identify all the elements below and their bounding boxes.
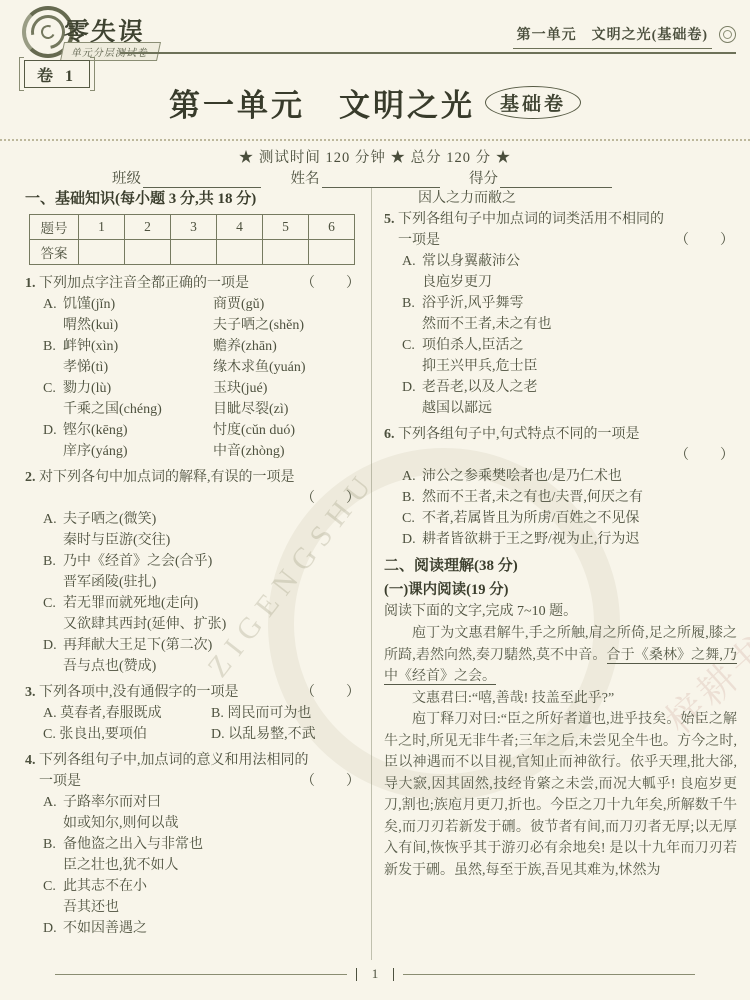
left-column: 一、基础知识(每小题 3 分,共 18 分) 题号 1 2 3 4 5 6 答案: [25, 188, 371, 960]
answer-bracket-line: （ ）: [39, 488, 363, 509]
header-unit-label: 第一单元 文明之光(基础卷): [513, 24, 712, 49]
option-line: 吾与点也(赞成): [39, 656, 363, 677]
option-line: C. 张良出,要项伯D. 以乱易整,不武: [39, 724, 363, 745]
option-line: B.乃中《经首》之会(合乎): [39, 551, 363, 572]
question-number: 6.: [384, 424, 398, 445]
option-text: 玉玦(jué): [213, 378, 363, 399]
question-number: 3.: [25, 682, 39, 703]
answer-table-number-row: 题号 1 2 3 4 5 6: [30, 215, 355, 240]
footer-rule-right: [403, 974, 695, 975]
option-text: 不如因善遇之: [63, 918, 147, 939]
reading-instruction: 阅读下面的文字,完成 7~10 题。: [384, 601, 737, 623]
option-text: 子路率尔而对曰: [63, 792, 161, 813]
option-label: D.: [43, 420, 63, 441]
option-text: 若无罪而就死地(走向): [63, 593, 198, 614]
option-line: C.勠力(lù)玉玦(jué): [39, 378, 363, 399]
class-field-label: 班级: [112, 167, 141, 188]
passage-paragraph: 文惠君曰:“嘻,善哉! 技盖至此乎?”: [384, 688, 737, 710]
answer-cell: [125, 240, 171, 265]
option-label: A.: [402, 251, 422, 272]
option-label: C.: [402, 508, 422, 529]
option-line: 又欲肆其西封(延伸、扩张): [39, 614, 363, 635]
option-text: 再拜献大王足下(第二次): [63, 635, 212, 656]
answer-table-header: 答案: [30, 240, 79, 265]
footer-bar-left: [356, 968, 357, 981]
option-label: B.: [402, 487, 422, 508]
answer-table-number: 5: [263, 215, 309, 240]
question-stem-text: 下列各组句子中,句式特点不同的一项是: [398, 424, 737, 445]
name-field-label: 姓名: [291, 167, 320, 188]
page-number: 1: [366, 966, 385, 982]
question-number: 2.: [25, 467, 39, 488]
option-text: 夫子哂之(shěn): [213, 315, 363, 336]
option-text: 乃中《经首》之会(合乎): [63, 551, 212, 572]
score-field-blank: [500, 172, 612, 188]
option-line: 抑王兴甲兵,危士臣: [398, 356, 737, 377]
exam-paper-page: ZIGENGSHU 梓耕书坊 零失误 单元分层测试卷 第一单元 文明之光(基础卷…: [0, 0, 750, 1000]
option-text: 吾与点也(赞成): [63, 656, 156, 677]
option-label: C.: [43, 378, 63, 399]
option-label: A.: [43, 509, 63, 530]
option-text: 此其志不在小: [63, 876, 147, 897]
answer-table-answer-row: 答案: [30, 240, 355, 265]
option-label: C.: [402, 335, 422, 356]
header-rule: [120, 52, 736, 54]
option-label: A.: [43, 294, 63, 315]
option-text: 庠序(yáng): [63, 441, 213, 462]
option-line: B.衅钟(xìn)赡养(zhān): [39, 336, 363, 357]
option-line: 吾其还也: [39, 897, 363, 918]
option-line: D.耕者皆欲耕于王之野/视为止,行为迟: [398, 529, 737, 550]
class-field-blank: [143, 172, 261, 188]
question-stem-text: 对下列各句中加点词的解释,有误的一项是: [39, 467, 363, 488]
option-line: D.铿尔(kēng)忖度(cǔn duó): [39, 420, 363, 441]
footer-bar-right: [393, 968, 394, 981]
option-line: 晋军函陵(驻扎): [39, 572, 363, 593]
option-line: A.子路率尔而对曰: [39, 792, 363, 813]
option-text: 商贾(gǔ): [213, 294, 363, 315]
option-line: B.浴乎沂,风乎舞雩: [398, 293, 737, 314]
footer-rule-left: [55, 974, 347, 975]
answer-table-number: 3: [171, 215, 217, 240]
question: 1.下列加点字注音全都正确的一项是（ ）A.饥馑(jǐn)商贾(gǔ)喟然(ku…: [39, 273, 363, 462]
option-line: 千乘之国(chéng)目眦尽裂(zì): [39, 399, 363, 420]
question-stem-line: 一项是（ ）: [398, 230, 737, 251]
option-label: D.: [402, 529, 422, 550]
option-text: D. 以乱易整,不武: [211, 724, 363, 745]
option-text: 吾其还也: [63, 897, 119, 918]
question-stem-line: 3.下列各项中,没有通假字的一项是（ ）: [39, 682, 363, 703]
answer-cell: [217, 240, 263, 265]
option-text: 臣之壮也,犹不如人: [63, 855, 179, 876]
option-label: D.: [43, 918, 63, 939]
option-line: 喟然(kuì)夫子哂之(shěn): [39, 315, 363, 336]
name-field-blank: [322, 172, 440, 188]
class-field: 班级: [112, 167, 261, 188]
option-label: B.: [43, 336, 63, 357]
option-text: 目眦尽裂(zì): [213, 399, 363, 420]
answer-table-number: 2: [125, 215, 171, 240]
answer-cell: [171, 240, 217, 265]
question-stem-text: 一项是: [398, 230, 675, 251]
question-stem-line: 4.下列各组句子中,加点词的意义和用法相同的: [39, 750, 363, 771]
title-row: 第一单元 文明之光基础卷: [0, 80, 750, 125]
answer-bracket: （ ）: [675, 230, 737, 251]
option-text: 赡养(zhān): [213, 336, 363, 357]
corner-stamp-icon: [719, 26, 736, 43]
option-line: 秦时与臣游(交往): [39, 530, 363, 551]
option-text: 衅钟(xìn): [63, 336, 213, 357]
option-line: C.若无罪而就死地(走向): [39, 593, 363, 614]
test-meta-line: ★ 测试时间 120 分钟 ★ 总分 120 分 ★: [0, 146, 750, 167]
question: 3.下列各项中,没有通假字的一项是（ ）A. 莫春者,春服既成B. 罔民而可为也…: [39, 682, 363, 745]
option-line: A.饥馑(jǐn)商贾(gǔ): [39, 294, 363, 315]
answer-bracket: （ ）: [301, 682, 363, 703]
option-continuation-line: 因人之力而敝之: [384, 188, 737, 209]
option-label: A.: [43, 792, 63, 813]
answer-bracket: （ ）: [301, 771, 363, 792]
option-label: C.: [43, 593, 63, 614]
option-line: D.再拜献大王足下(第二次): [39, 635, 363, 656]
right-column: 因人之力而敝之 5.下列各组句子中加点词的词类活用不相同的一项是（ ）A.常以身…: [372, 188, 737, 960]
option-label: A.: [402, 466, 422, 487]
reading-passage: 庖丁为文惠君解牛,手之所触,肩之所倚,足之所履,膝之所踦,砉然向然,奏刀騞然,莫…: [384, 623, 737, 881]
section-basic-heading: 一、基础知识(每小题 3 分,共 18 分): [25, 188, 363, 210]
question: 4.下列各组句子中,加点词的意义和用法相同的一项是（ ）A.子路率尔而对曰如或知…: [39, 750, 363, 939]
option-text: 耕者皆欲耕于王之野/视为止,行为迟: [422, 529, 639, 550]
answer-table-number: 1: [79, 215, 125, 240]
option-text: 勠力(lù): [63, 378, 213, 399]
option-line: 如或知尔,则何以哉: [39, 813, 363, 834]
option-line: 庠序(yáng)中音(zhòng): [39, 441, 363, 462]
question-stem-line: 6.下列各组句子中,句式特点不同的一项是: [398, 424, 737, 445]
option-text: 良庖岁更刀: [422, 272, 492, 293]
option-line: B.备他盗之出入与非常也: [39, 834, 363, 855]
question-stem-line: 1.下列加点字注音全都正确的一项是（ ）: [39, 273, 363, 294]
option-text: 夫子哂之(微笑): [63, 509, 156, 530]
option-line: 臣之壮也,犹不如人: [39, 855, 363, 876]
option-label: B.: [43, 834, 63, 855]
option-line: D.老吾老,以及人之老: [398, 377, 737, 398]
question-stem-line: 5.下列各组句子中加点词的词类活用不相同的: [398, 209, 737, 230]
option-text: 秦时与臣游(交往): [63, 530, 170, 551]
option-text: 浴乎沂,风乎舞雩: [422, 293, 524, 314]
option-text: C. 张良出,要项伯: [43, 724, 211, 745]
passage-paragraph: 庖丁为文惠君解牛,手之所触,肩之所倚,足之所履,膝之所踦,砉然向然,奏刀騞然,莫…: [384, 623, 737, 688]
option-text: B. 罔民而可为也: [211, 703, 363, 724]
option-line: A.常以身翼蔽沛公: [398, 251, 737, 272]
option-line: C.此其志不在小: [39, 876, 363, 897]
option-text: A. 莫春者,春服既成: [43, 703, 211, 724]
right-questions-container: 5.下列各组句子中加点词的词类活用不相同的一项是（ ）A.常以身翼蔽沛公良庖岁更…: [384, 209, 737, 550]
option-line: C.项伯杀人,臣活之: [398, 335, 737, 356]
option-text: 项伯杀人,臣活之: [422, 335, 524, 356]
option-line: D.不如因善遇之: [39, 918, 363, 939]
option-text: 越国以鄙远: [422, 398, 492, 419]
answer-bracket: （ ）: [301, 273, 363, 294]
answer-bracket: （ ）: [675, 445, 737, 466]
option-label: B.: [402, 293, 422, 314]
option-text: 然而不王者,未之有也: [422, 314, 552, 335]
option-line: A. 莫春者,春服既成B. 罔民而可为也: [39, 703, 363, 724]
question: 6.下列各组句子中,句式特点不同的一项是（ ）A.沛公之参乘樊哙者也/是乃仁术也…: [398, 424, 737, 550]
question-stem-text: 下列各组句子中加点词的词类活用不相同的: [398, 209, 737, 230]
body-columns: 一、基础知识(每小题 3 分,共 18 分) 题号 1 2 3 4 5 6 答案: [25, 188, 737, 960]
score-field: 得分: [469, 167, 612, 188]
question-stem-line: 一项是（ ）: [39, 771, 363, 792]
answer-table-number: 4: [217, 215, 263, 240]
score-field-label: 得分: [469, 167, 498, 188]
option-line: A.夫子哂之(微笑): [39, 509, 363, 530]
answer-bracket-line: （ ）: [398, 445, 737, 466]
option-label: D.: [402, 377, 422, 398]
option-text: 铿尔(kēng): [63, 420, 213, 441]
passage-paragraph: 庖丁释刀对曰:“臣之所好者道也,进乎技矣。始臣之解牛之时,所见无非牛者;三年之后…: [384, 709, 737, 881]
question-stem-line: 2.对下列各句中加点词的解释,有误的一项是: [39, 467, 363, 488]
option-text: 常以身翼蔽沛公: [422, 251, 520, 272]
option-text: 千乘之国(chéng): [63, 399, 213, 420]
option-line: C.不者,若属皆且为所虏/百姓之不见保: [398, 508, 737, 529]
option-text: 备他盗之出入与非常也: [63, 834, 203, 855]
answer-table: 题号 1 2 3 4 5 6 答案: [29, 214, 355, 265]
question-stem-text: 一项是: [39, 771, 301, 792]
option-text: 沛公之参乘樊哙者也/是乃仁术也: [422, 466, 622, 487]
question: 2.对下列各句中加点词的解释,有误的一项是（ ）A.夫子哂之(微笑)秦时与臣游(…: [39, 467, 363, 677]
paper-level-tag: 基础卷: [485, 86, 581, 119]
page-footer: 1: [55, 966, 695, 982]
student-fields-row: 班级 姓名 得分: [112, 167, 612, 188]
option-line: 越国以鄙远: [398, 398, 737, 419]
passage-text: 文惠君曰:“嘻,善哉! 技盖至此乎?”: [412, 691, 614, 706]
option-label: B.: [43, 551, 63, 572]
answer-cell: [309, 240, 355, 265]
answer-table-header: 题号: [30, 215, 79, 240]
option-label: C.: [43, 876, 63, 897]
option-text: 不者,若属皆且为所虏/百姓之不见保: [422, 508, 639, 529]
option-text: 然而不王者,未之有也/夫晋,何厌之有: [422, 487, 643, 508]
option-line: B.然而不王者,未之有也/夫晋,何厌之有: [398, 487, 737, 508]
page-title: 第一单元 文明之光: [169, 88, 475, 123]
option-text: 又欲肆其西封(延伸、扩张): [63, 614, 226, 635]
answer-cell: [79, 240, 125, 265]
option-label: D.: [43, 635, 63, 656]
section-reading-heading: 二、阅读理解(38 分): [384, 555, 737, 577]
option-text: 忖度(cǔn duó): [213, 420, 363, 441]
question-stem-text: 下列各项中,没有通假字的一项是: [39, 682, 301, 703]
question: 5.下列各组句子中加点词的词类活用不相同的一项是（ ）A.常以身翼蔽沛公良庖岁更…: [398, 209, 737, 419]
option-line: 然而不王者,未之有也: [398, 314, 737, 335]
dotted-separator: [0, 139, 750, 141]
left-questions-container: 1.下列加点字注音全都正确的一项是（ ）A.饥馑(jǐn)商贾(gǔ)喟然(ku…: [25, 273, 363, 939]
answer-table-number: 6: [309, 215, 355, 240]
option-text: 老吾老,以及人之老: [422, 377, 538, 398]
option-text: 如或知尔,则何以哉: [63, 813, 179, 834]
question-stem-text: 下列各组句子中,加点词的意义和用法相同的: [39, 750, 363, 771]
question-number: 4.: [25, 750, 39, 771]
subsection-heading: (一)课内阅读(19 分): [384, 579, 737, 601]
option-text: 饥馑(jǐn): [63, 294, 213, 315]
question-number: 5.: [384, 209, 398, 230]
option-text: 中音(zhòng): [213, 441, 363, 462]
answer-cell: [263, 240, 309, 265]
answer-bracket: （ ）: [301, 488, 363, 509]
option-text: 缘木求鱼(yuán): [213, 357, 363, 378]
option-line: 孝悌(tì)缘木求鱼(yuán): [39, 357, 363, 378]
option-text: 喟然(kuì): [63, 315, 213, 336]
option-line: A.沛公之参乘樊哙者也/是乃仁术也: [398, 466, 737, 487]
option-text: 孝悌(tì): [63, 357, 213, 378]
question-number: 1.: [25, 273, 39, 294]
passage-text: 庖丁释刀对曰:“臣之所好者道也,进乎技矣。始臣之解牛之时,所见无非牛者;三年之后…: [384, 712, 737, 878]
option-line: 良庖岁更刀: [398, 272, 737, 293]
question-stem-text: 下列加点字注音全都正确的一项是: [39, 273, 301, 294]
option-text: 抑王兴甲兵,危士臣: [422, 356, 538, 377]
name-field: 姓名: [291, 167, 440, 188]
option-text: 晋军函陵(驻扎): [63, 572, 156, 593]
